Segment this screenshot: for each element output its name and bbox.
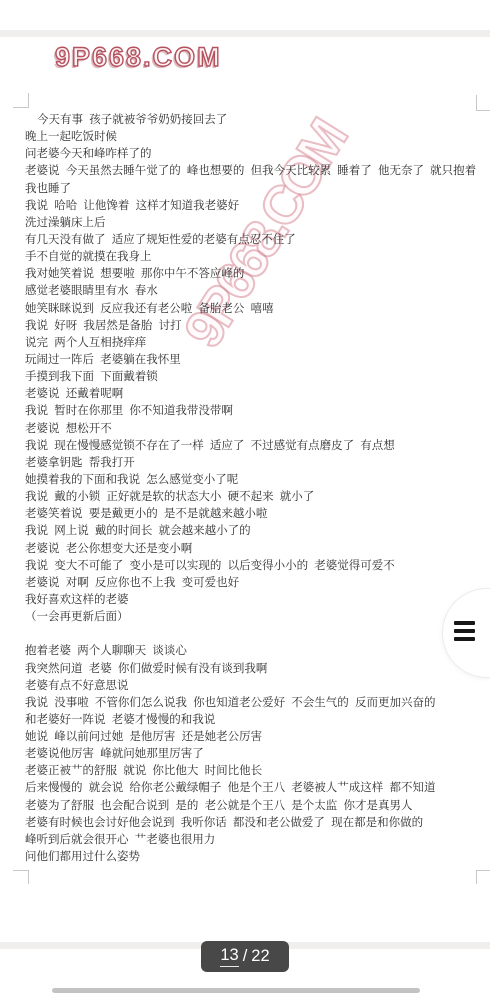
margin-corner-top-left bbox=[13, 93, 29, 108]
document-line: 她摸着我的下面和我说 怎么感觉变小了呢 bbox=[25, 472, 475, 489]
document-line bbox=[25, 626, 475, 643]
document-line: 我说 暂时在你那里 你不知道我带没带啊 bbox=[25, 403, 475, 420]
document-line: 老婆说他厉害 峰就问她那里厉害了 bbox=[25, 746, 475, 763]
document-line: 抱着老婆 两个人聊聊天 谈谈心 bbox=[25, 643, 475, 660]
hamburger-bar bbox=[454, 629, 475, 633]
document-line: 感觉老婆眼睛里有水 春水 bbox=[25, 283, 475, 300]
document-line: 老婆为了舒服 也会配合说到 是的 老公就是个王八 是个太监 你才是真男人 bbox=[25, 798, 475, 815]
document-line: 老婆笑着说 要是戴更小的 是不是就越来越小啦 bbox=[25, 506, 475, 523]
document-line: 老婆说 对啊 反应你也不上我 变可爱也好 bbox=[25, 575, 475, 592]
document-line: 今天有事 孩子就被爷爷奶奶接回去了 bbox=[25, 112, 475, 129]
document-line: 老婆正被艹的舒服 就说 你比他大 时间比他长 bbox=[25, 763, 475, 780]
document-line: 后来慢慢的 就会说 给你老公戴绿帽子 他是个王八 老婆被人艹成这样 都不知道 bbox=[25, 780, 475, 797]
page-separator: / bbox=[243, 947, 248, 966]
document-line: 我说 变大不可能了 变小是可以实现的 以后变得小小的 老婆觉得可爱不 bbox=[25, 558, 475, 575]
document-line: 峰听到后就会很开心 艹老婆也很用力 bbox=[25, 832, 475, 849]
document-line: （一会再更新后面） bbox=[25, 609, 475, 626]
document-line: 手不自觉的就摸在我身上 bbox=[25, 249, 475, 266]
margin-corner-bottom-right bbox=[476, 870, 490, 884]
document-line: 有几天没有做了 适应了规矩性爱的老婆有点忍不住了 bbox=[25, 232, 475, 249]
document-line: 老婆说 想松开不 bbox=[25, 421, 475, 438]
document-line: 问老婆今天和峰咋样了的 bbox=[25, 146, 475, 163]
document-line: 我说 网上说 戴的时间长 就会越来越小了的 bbox=[25, 523, 475, 540]
hamburger-bar bbox=[454, 637, 475, 641]
hamburger-icon[interactable] bbox=[454, 621, 475, 641]
hamburger-bar bbox=[454, 621, 475, 625]
scroll-progress-bar[interactable] bbox=[52, 988, 420, 993]
document-line: 老婆有点不好意思说 bbox=[25, 678, 475, 695]
margin-corner-top-right bbox=[476, 95, 490, 111]
page-total: 22 bbox=[251, 947, 269, 966]
document-line: 我突然问道 老婆 你们做爱时候有没有谈到我啊 bbox=[25, 661, 475, 678]
document-line: 洗过澡躺床上后 bbox=[25, 215, 475, 232]
document-line: 老婆有时候也会讨好他会说到 我听你话 都没和老公做爱了 现在都是和你做的 bbox=[25, 815, 475, 832]
document-line: 老婆说 老公你想变大还是变小啊 bbox=[25, 541, 475, 558]
document-line: 我说 好呀 我居然是备胎 讨打 bbox=[25, 318, 475, 335]
document-line: 我说 现在慢慢感觉锁不存在了一样 适应了 不过感觉有点磨皮了 有点想 bbox=[25, 438, 475, 455]
document-line: 和老婆好一阵说 老婆才慢慢的和我说 bbox=[25, 712, 475, 729]
document-line: 我也睡了 bbox=[25, 181, 475, 198]
document-line: 她说 峰以前问过她 是他厉害 还是她老公厉害 bbox=[25, 729, 475, 746]
document-text: 今天有事 孩子就被爷爷奶奶接回去了晚上一起吃饭时候问老婆今天和峰咋样了的老婆说 … bbox=[25, 112, 475, 866]
document-line: 我说 戴的小锁 正好就是软的状态大小 硬不起来 就小了 bbox=[25, 489, 475, 506]
document-line: 晚上一起吃饭时候 bbox=[25, 129, 475, 146]
document-line: 说完 两个人互相挠痒痒 bbox=[25, 335, 475, 352]
document-line: 我好喜欢这样的老婆 bbox=[25, 592, 475, 609]
document-line: 她笑眯眯说到 反应我还有老公啦 备胎老公 嘻嘻 bbox=[25, 301, 475, 318]
document-line: 玩闹过一阵后 老婆躺在我怀里 bbox=[25, 352, 475, 369]
site-logo: 9P668.COM bbox=[55, 42, 222, 73]
document-line: 老婆说 今天虽然去睡午觉了的 峰也想要的 但我今天比较累 睡着了 他无奈了 就只… bbox=[25, 163, 475, 180]
document-line: 问他们都用过什么姿势 bbox=[25, 849, 475, 866]
document-line: 手摸到我下面 下面戴着锁 bbox=[25, 369, 475, 386]
page-indicator[interactable]: 13 / 22 bbox=[201, 941, 289, 972]
margin-corner-bottom-left bbox=[13, 870, 29, 884]
page-current: 13 bbox=[220, 946, 238, 967]
document-line: 我对她笑着说 想要啦 那你中午不答应峰的 bbox=[25, 266, 475, 283]
document-line: 老婆说 还戴着呢啊 bbox=[25, 386, 475, 403]
document-line: 我说 哈哈 让他馋着 这样才知道我老婆好 bbox=[25, 198, 475, 215]
document-line: 我说 没事啦 不管你们怎么说我 你也知道老公爱好 不会生气的 反而更加兴奋的 bbox=[25, 695, 475, 712]
document-line: 老婆拿钥匙 帮我打开 bbox=[25, 455, 475, 472]
page-gap-top bbox=[0, 30, 490, 37]
